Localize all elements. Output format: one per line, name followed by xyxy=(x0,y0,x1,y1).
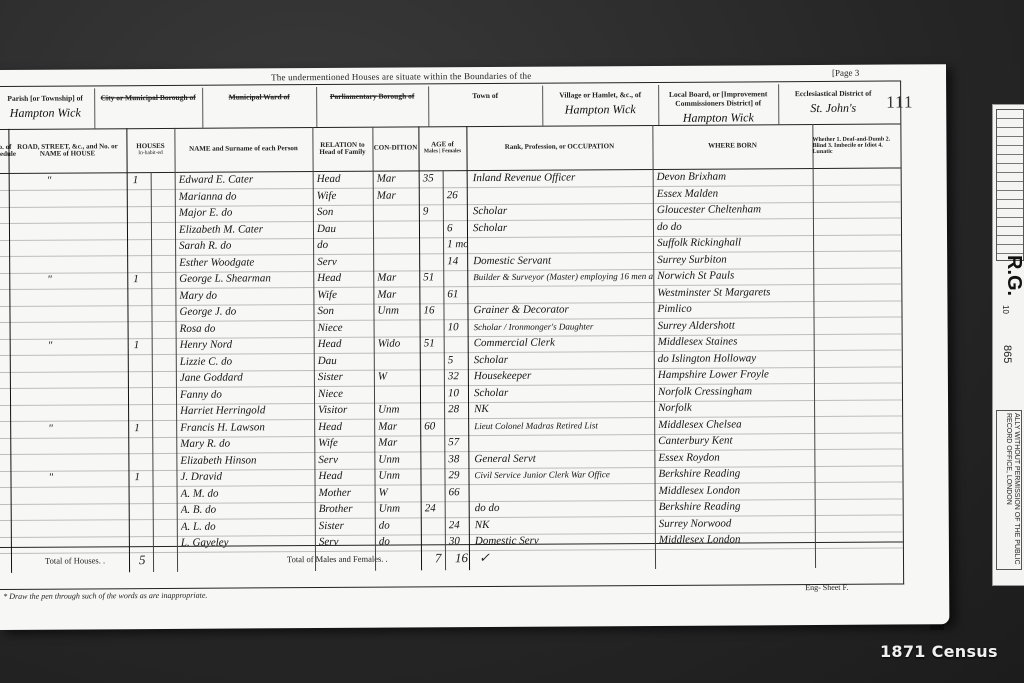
female-age-cell: 1 mo xyxy=(447,236,467,253)
occupation-cell xyxy=(473,185,653,203)
female-age-cell xyxy=(447,170,467,187)
name-cell: Henry Nord xyxy=(180,336,314,354)
female-age-cell: 10 xyxy=(448,385,468,402)
location-village: Village or Hamlet, &c., of Hampton Wick xyxy=(542,85,659,126)
road-cell xyxy=(48,370,118,387)
female-age-cell xyxy=(447,203,467,220)
relation-cell: Wife xyxy=(317,187,371,204)
relation-cell: Dau xyxy=(318,352,372,369)
female-age-cell: 66 xyxy=(449,484,469,501)
relation-cell: Son xyxy=(317,303,371,320)
inhabited-cell xyxy=(134,436,146,453)
male-age-cell: 35 xyxy=(423,170,443,187)
total-houses-value: 5 xyxy=(139,552,146,568)
condition-cell: Mar xyxy=(377,187,417,204)
where-born-cell: Berkshire Reading xyxy=(658,465,814,483)
condition-cell xyxy=(378,385,418,402)
inhabited-cell: 1 xyxy=(133,271,145,288)
female-age-cell: 32 xyxy=(448,368,468,385)
relation-cell: Head xyxy=(318,336,372,353)
relation-cell: Visitor xyxy=(318,402,372,419)
col-age: AGE of Males | Females xyxy=(418,126,467,170)
occupation-cell xyxy=(473,284,653,302)
condition-cell: Unm xyxy=(379,500,419,517)
female-age-cell: 61 xyxy=(447,286,467,303)
condition-cell: W xyxy=(378,368,418,385)
relation-cell: Niece xyxy=(318,319,372,336)
occupation-cell: NK xyxy=(474,400,654,418)
occupation-cell: Housekeeper xyxy=(474,367,654,385)
female-age-cell: 28 xyxy=(448,401,468,418)
occupation-cell: Scholar xyxy=(473,218,653,236)
male-age-cell: 51 xyxy=(423,269,443,286)
male-age-cell xyxy=(424,401,444,418)
road-cell: " xyxy=(47,271,117,288)
male-age-cell xyxy=(424,352,444,369)
female-age-cell xyxy=(447,302,467,319)
road-cell xyxy=(48,436,118,453)
male-age-cell xyxy=(423,253,443,270)
condition-cell: Unm xyxy=(378,401,418,418)
female-age-cell: 6 xyxy=(447,220,467,237)
road-cell xyxy=(48,321,118,338)
relation-cell: Brother xyxy=(319,501,373,518)
condition-cell: Unm xyxy=(378,467,418,484)
total-houses-label: Total of Houses. . xyxy=(45,555,105,565)
relation-cell: Sister xyxy=(319,517,373,534)
banner-text: The undermentioned Houses are situate wi… xyxy=(271,71,531,83)
ruled-header xyxy=(996,109,1024,261)
where-born-cell: Gloucester Cheltenham xyxy=(657,201,813,219)
occupation-cell xyxy=(474,433,654,451)
name-cell: A. M. do xyxy=(181,485,315,503)
where-born-cell: Norfolk xyxy=(658,399,814,417)
copyright-notice: ALLY WITHOUT PERMISSION OF THE PUBLIC RE… xyxy=(996,410,1022,570)
where-born-cell: Norwich St Pauls xyxy=(657,267,813,285)
name-cell: Marianna do xyxy=(179,188,313,206)
condition-cell: Mar xyxy=(378,434,418,451)
where-born-cell: Suffolk Rickinghall xyxy=(657,234,813,252)
male-age-cell: 24 xyxy=(425,500,445,517)
relation-cell: Dau xyxy=(317,220,371,237)
inhabited-cell xyxy=(133,255,145,272)
where-born-cell: Devon Brixham xyxy=(657,168,813,186)
inhabited-cell xyxy=(133,205,145,222)
col-road: ROAD, STREET, &c., and No. or NAME of HO… xyxy=(8,128,127,173)
relation-cell: Wife xyxy=(318,435,372,452)
where-born-cell: Essex Malden xyxy=(657,185,813,203)
col-occupation: Rank, Profession, or OCCUPATION xyxy=(466,125,653,170)
female-age-cell xyxy=(448,418,468,435)
condition-cell: Mar xyxy=(377,269,417,286)
location-parliamentary: Parliamentary Borough of xyxy=(316,86,429,127)
relation-cell: Head xyxy=(317,270,371,287)
inhabited-cell xyxy=(135,502,147,519)
condition-cell: Mar xyxy=(377,170,417,187)
road-cell xyxy=(49,502,119,519)
relation-cell: Serv xyxy=(317,253,371,270)
name-cell: George L. Shearman xyxy=(179,270,313,288)
where-born-cell: Middlesex London xyxy=(659,482,815,500)
relation-cell: Head xyxy=(318,418,372,435)
inhabited-cell xyxy=(133,304,145,321)
where-born-cell: Surrey Norwood xyxy=(659,515,815,533)
col-houses: HOUSES In-habit-ed xyxy=(126,128,175,172)
inhabited-cell: 1 xyxy=(134,469,146,486)
location-parish: Parish [or Township] of Hampton Wick xyxy=(0,88,95,129)
road-cell: " xyxy=(48,420,118,437)
male-age-cell: 51 xyxy=(424,335,444,352)
condition-cell: Mar xyxy=(378,418,418,435)
occupation-cell: Grainer & Decorator xyxy=(473,301,653,319)
census-rows: "1Edward E. CaterHeadMar35Inland Revenue… xyxy=(0,167,903,547)
condition-cell: W xyxy=(379,484,419,501)
reference-number: 865 xyxy=(1001,345,1013,363)
name-cell: Harriet Herringold xyxy=(180,402,314,420)
road-cell xyxy=(48,403,118,420)
occupation-cell: Scholar xyxy=(473,202,653,220)
relation-cell: Head xyxy=(318,468,372,485)
female-age-cell xyxy=(447,269,467,286)
inhabited-cell xyxy=(133,189,145,206)
name-cell: Lizzie C. do xyxy=(180,353,314,371)
occupation-cell: Inland Revenue Officer xyxy=(473,169,653,187)
condition-cell xyxy=(377,236,417,253)
name-cell: A. L. do xyxy=(181,518,315,536)
female-age-cell: 26 xyxy=(447,187,467,204)
condition-cell: Unm xyxy=(377,302,417,319)
female-age-cell: 10 xyxy=(448,319,468,336)
occupation-cell: Commercial Clerk xyxy=(474,334,654,352)
occupation-cell: do do xyxy=(475,499,655,517)
where-born-cell: Surrey Aldershott xyxy=(658,317,814,335)
where-born-cell: do Islington Holloway xyxy=(658,350,814,368)
name-cell: J. Dravid xyxy=(180,468,314,486)
male-age-cell xyxy=(424,451,444,468)
location-borough: City or Municipal Borough of xyxy=(94,88,203,129)
piece-number: 10 xyxy=(1001,305,1010,314)
female-age-cell xyxy=(449,500,469,517)
name-cell: Edward E. Cater xyxy=(179,171,313,189)
inhabited-cell: 1 xyxy=(134,337,146,354)
location-town: Town of xyxy=(428,86,543,127)
road-cell xyxy=(48,354,118,371)
where-born-cell: do do xyxy=(657,218,813,236)
where-born-cell: Middlesex Chelsea xyxy=(658,416,814,434)
inhabited-cell xyxy=(135,519,147,536)
male-age-cell xyxy=(424,319,444,336)
occupation-cell: Builder & Surveyor (Master) employing 16… xyxy=(473,268,653,286)
footnote: * Draw the pen through such of the words… xyxy=(3,591,207,601)
relation-cell: Head xyxy=(317,171,371,188)
name-cell: A. B. do xyxy=(181,501,315,519)
name-cell: Elizabeth M. Cater xyxy=(179,221,313,239)
name-cell: Mary do xyxy=(179,287,313,305)
relation-cell: Niece xyxy=(318,385,372,402)
male-age-cell: 60 xyxy=(424,418,444,435)
male-age-cell: 16 xyxy=(423,302,443,319)
col-where-born: WHERE BORN xyxy=(652,124,813,169)
form-frame: Parish [or Township] of Hampton Wick Cit… xyxy=(0,80,904,590)
archive-reference-strip: R.G. 10 865 ALLY WITHOUT PERMISSION OF T… xyxy=(992,104,1024,586)
road-cell xyxy=(47,304,117,321)
female-age-cell xyxy=(448,335,468,352)
inhabited-cell: 1 xyxy=(134,420,146,437)
where-born-cell: Berkshire Reading xyxy=(659,498,815,516)
check-mark: ✓ xyxy=(479,550,490,566)
census-sheet: The undermentioned Houses are situate wi… xyxy=(0,64,949,630)
occupation-cell: Scholar xyxy=(474,383,654,401)
road-cell xyxy=(49,486,119,503)
name-cell: Esther Woodgate xyxy=(179,254,313,272)
total-females-value: 16 xyxy=(455,550,468,566)
male-age-cell xyxy=(424,368,444,385)
occupation-cell: Scholar xyxy=(474,350,654,368)
road-cell: " xyxy=(48,469,118,486)
inhabited-cell xyxy=(134,387,146,404)
col-relation: RELATION to Head of Family xyxy=(312,127,373,171)
occupation-cell: General Servt xyxy=(474,449,654,467)
condition-cell: Unm xyxy=(378,451,418,468)
road-cell xyxy=(47,255,117,272)
condition-cell xyxy=(378,319,418,336)
male-age-cell xyxy=(423,220,443,237)
location-ward: Municipal Ward of xyxy=(202,87,317,128)
name-cell: Major E. do xyxy=(179,204,313,222)
condition-cell xyxy=(377,203,417,220)
where-born-cell: Pimlico xyxy=(657,300,813,318)
road-cell xyxy=(47,205,117,222)
occupation-cell: Scholar / Ironmonger's Daughter xyxy=(474,317,654,335)
name-cell: Rosa do xyxy=(180,320,314,338)
inhabited-cell xyxy=(134,370,146,387)
inhabited-cell xyxy=(133,288,145,305)
name-cell: Jane Goddard xyxy=(180,369,314,387)
page-label: [Page 3 xyxy=(832,68,859,78)
where-born-cell: Norfolk Cressingham xyxy=(658,383,814,401)
name-cell: George J. do xyxy=(179,303,313,321)
male-age-cell xyxy=(424,385,444,402)
where-born-cell: Middlesex Staines xyxy=(658,333,814,351)
condition-cell xyxy=(377,253,417,270)
inhabited-cell xyxy=(135,486,147,503)
road-cell: " xyxy=(47,172,117,189)
female-age-cell: 14 xyxy=(447,253,467,270)
occupation-cell: Domestic Servant xyxy=(473,251,653,269)
occupation-cell xyxy=(475,482,655,500)
condition-cell xyxy=(377,220,417,237)
column-header-row: No. of Schedule ROAD, STREET, &c., and N… xyxy=(0,123,901,174)
where-born-cell: Hampshire Lower Froyle xyxy=(658,366,814,384)
condition-cell: Mar xyxy=(377,286,417,303)
female-age-cell: 57 xyxy=(448,434,468,451)
relation-cell: Wife xyxy=(317,286,371,303)
male-age-cell xyxy=(423,286,443,303)
male-age-cell xyxy=(423,236,443,253)
occupation-cell: Lieut Colonel Madras Retired List xyxy=(474,416,654,434)
name-cell: Sarah R. do xyxy=(179,237,313,255)
inhabited-cell: 1 xyxy=(133,172,145,189)
road-cell: " xyxy=(48,337,118,354)
col-infirmity: Whether 1. Deaf-and-Dumb 2. Blind 3. Imb… xyxy=(812,123,900,168)
relation-cell: Serv xyxy=(318,451,372,468)
relation-cell: Mother xyxy=(319,484,373,501)
female-age-cell: 24 xyxy=(449,517,469,534)
name-cell: Francis H. Lawson xyxy=(180,419,314,437)
occupation-cell: Civil Service Junior Clerk War Office xyxy=(474,466,654,484)
where-born-cell: Surrey Surbiton xyxy=(657,251,813,269)
male-age-cell xyxy=(424,467,444,484)
female-age-cell: 29 xyxy=(448,467,468,484)
inhabited-cell xyxy=(133,222,145,239)
sheet-label: Eng- Sheet F. xyxy=(805,583,848,592)
occupation-cell xyxy=(473,235,653,253)
total-males-value: 7 xyxy=(435,550,442,566)
occupation-cell: NK xyxy=(475,515,655,533)
name-cell: Mary R. do xyxy=(180,435,314,453)
condition-cell: Wido xyxy=(378,335,418,352)
road-cell xyxy=(48,453,118,470)
road-cell xyxy=(47,189,117,206)
inhabited-cell xyxy=(134,321,146,338)
road-cell xyxy=(48,387,118,404)
male-age-cell xyxy=(425,484,445,501)
relation-cell: Son xyxy=(317,204,371,221)
caption: 1871 Census xyxy=(880,642,998,661)
total-persons-label: Total of Males and Females. . xyxy=(287,554,388,565)
series-code: R.G. xyxy=(993,255,1024,296)
totals-row: Total of Houses. . 5 Total of Males and … xyxy=(0,541,903,574)
name-cell: Fanny do xyxy=(180,386,314,404)
female-age-cell: 38 xyxy=(448,451,468,468)
road-cell xyxy=(47,288,117,305)
relation-cell: Sister xyxy=(318,369,372,386)
where-born-cell: Canterbury Kent xyxy=(658,432,814,450)
where-born-cell: Westminster St Margarets xyxy=(657,284,813,302)
col-condition: CON-DITION xyxy=(372,126,419,170)
col-name: NAME and Surname of each Person xyxy=(174,127,313,172)
inhabited-cell xyxy=(134,453,146,470)
relation-cell: do xyxy=(317,237,371,254)
male-age-cell xyxy=(424,434,444,451)
male-age-cell xyxy=(423,187,443,204)
male-age-cell: 9 xyxy=(423,203,443,220)
location-ecclesiastical: Ecclesiastical District of St. John's xyxy=(778,84,888,125)
inhabited-cell xyxy=(134,403,146,420)
where-born-cell: Essex Roydon xyxy=(658,449,814,467)
road-cell xyxy=(47,222,117,239)
road-cell xyxy=(49,519,119,536)
inhabited-cell xyxy=(133,238,145,255)
location-header-row: Parish [or Township] of Hampton Wick Cit… xyxy=(0,83,900,130)
inhabited-cell xyxy=(134,354,146,371)
name-cell: Elizabeth Hinson xyxy=(180,452,314,470)
condition-cell xyxy=(378,352,418,369)
female-age-cell: 5 xyxy=(448,352,468,369)
location-local-board: Local Board, or [Improvement Commissione… xyxy=(658,84,779,125)
condition-cell: do xyxy=(379,517,419,534)
road-cell xyxy=(47,238,117,255)
male-age-cell xyxy=(425,517,445,534)
